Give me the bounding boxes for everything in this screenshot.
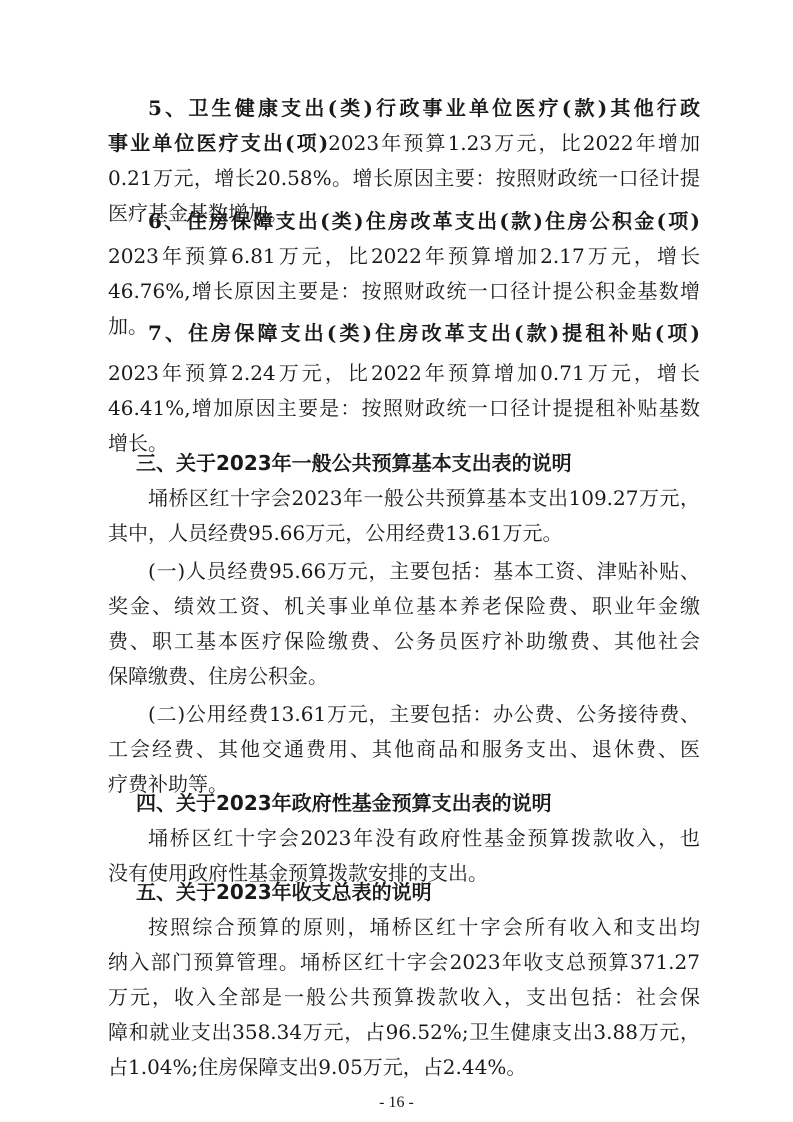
section-3-p2-line-1: (一)人员经费95.66万元，主要包括：基本工资、津贴补贴、	[148, 554, 700, 588]
section-5-p1-line-2: 纳入部门预算管理。埇桥区红十字会2023年收支总预算371.27	[108, 945, 700, 979]
section-3-heading: 三、关于2023年一般公共预算基本支出表的说明	[136, 446, 572, 480]
section-3-p2-line-3: 费、职工基本医疗保险缴费、公务员医疗补助缴费、其他社会	[108, 624, 700, 658]
section-3-p3-line-1: (二)公用经费13.61万元，主要包括：办公费、公务接待费、	[148, 697, 700, 731]
section-5-p1-line-4: 障和就业支出358.34万元，占96.52%;卫生健康支出3.88万元，	[108, 1015, 700, 1049]
bold-text: 6、住房保障支出(类)住房改革支出(款)住房公积金(项)	[148, 209, 700, 233]
item-5-line-2: 事业单位医疗支出(项)2023年预算1.23万元，比2022年增加	[108, 126, 700, 160]
bold-text: 5、卫生健康支出(类)行政事业单位医疗(款)其他行政	[148, 96, 700, 120]
item-6-title: 6、住房保障支出(类)住房改革支出(款)住房公积金(项)	[148, 204, 700, 238]
item-6-line-3: 46.76%,增长原因主要是：按照财政统一口径计提公积金基数增	[108, 274, 700, 308]
section-4-heading: 四、关于2023年政府性基金预算支出表的说明	[136, 786, 552, 820]
body-text: 2023年预算1.23万元，比2022年增加	[328, 131, 700, 155]
section-5-p1-line-5: 占1.04%;住房保障支出9.05万元，占2.44%。	[108, 1050, 700, 1084]
item-5-line-3: 0.21万元，增长20.58%。增长原因主要：按照财政统一口径计提	[108, 161, 700, 195]
section-5-p1-line-3: 万元，收入全部是一般公共预算拨款收入，支出包括：社会保	[108, 980, 700, 1014]
section-5-heading: 五、关于2023年收支总表的说明	[136, 875, 432, 909]
section-5-p1-line-1: 按照综合预算的原则，埇桥区红十字会所有收入和支出均	[148, 910, 700, 944]
section-3-p2-line-2: 奖金、绩效工资、机关事业单位基本养老保险费、职业年金缴	[108, 589, 700, 623]
section-4-p1-line-1: 埇桥区红十字会2023年没有政府性基金预算拨款收入，也	[148, 821, 700, 855]
document-page: 5、卫生健康支出(类)行政事业单位医疗(款)其他行政 事业单位医疗支出(项)20…	[0, 0, 793, 1122]
bold-text: 事业单位医疗支出(项)	[108, 131, 328, 155]
item-5-title-line-1: 5、卫生健康支出(类)行政事业单位医疗(款)其他行政	[148, 91, 700, 125]
page-number: - 16 -	[0, 1094, 793, 1112]
item-7-line-3: 46.41%,增加原因主要是：按照财政统一口径计提提租补贴基数	[108, 391, 700, 425]
item-7-line-2: 2023年预算2.24万元，比2022年预算增加0.71万元，增长	[108, 356, 700, 390]
bold-text: 7、住房保障支出(类)住房改革支出(款)提租补贴(项)	[148, 321, 700, 345]
section-3-p3-line-2: 工会经费、其他交通费用、其他商品和服务支出、退休费、医	[108, 732, 700, 766]
section-3-p1-line-2: 其中，人员经费95.66万元，公用经费13.61万元。	[108, 516, 700, 550]
section-3-p1-line-1: 埇桥区红十字会2023年一般公共预算基本支出109.27万元，	[148, 481, 700, 515]
item-7-title: 7、住房保障支出(类)住房改革支出(款)提租补贴(项)	[148, 316, 700, 350]
section-3-p2-line-4: 保障缴费、住房公积金。	[108, 659, 700, 693]
item-6-line-2: 2023年预算6.81万元，比2022年预算增加2.17万元，增长	[108, 239, 700, 273]
